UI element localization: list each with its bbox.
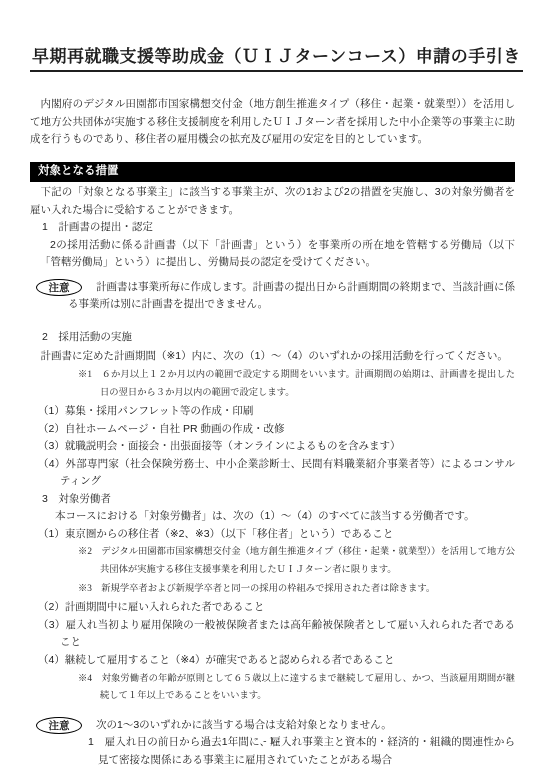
page-number: - 1 - [0, 736, 543, 747]
section-header-bar: 対象となる措置 [30, 162, 515, 183]
page-title: 早期再就職支援等助成金（ＵＩＪターンコース）申請の手引き [30, 42, 523, 72]
caution-badge: 注意 [36, 279, 82, 296]
worker-condition-3: （3）雇入れ当初より雇用保険の一般被保険者または高年齢被保険者として雇い入れられ… [30, 617, 515, 652]
item1-body: 2の採用活動に係る計画書（以下「計画書」という）を事業所の所在地を管轄する労働局… [30, 237, 515, 272]
worker-condition-4: （4）継続して雇用すること（※4）が確実であると認められる者であること [30, 652, 515, 670]
item3-lead: 本コースにおける「対象労働者」は、次の（1）～（4）のすべてに該当する労働者です… [30, 508, 515, 526]
section-header-title: 対象となる措置 [38, 165, 119, 177]
section-lead: 下記の「対象となる事業主」に該当する事業主が、次の1および2の措置を実施し、3の… [30, 184, 515, 219]
worker-condition-1: （1）東京圏からの移住者（※2、※3）（以下「移住者」という）であること [30, 526, 515, 544]
footnote-3: ※3 新規学卒者および新規学卒者と同一の採用の枠組みで採用された者は除きます。 [30, 581, 515, 599]
footnote-2: ※2 デジタル田園都市国家構想交付金（地方創生推進タイプ（移住・起業・就業型））… [30, 544, 515, 579]
item3-heading: 3 対象労働者 [30, 491, 515, 509]
recruitment-activity-item: （4）外部専門家（社会保険労務士、中小企業診断士、民間有料職業紹介事業者等）によ… [30, 456, 515, 491]
recruitment-activity-item: （3）就職説明会・面接会・出張面接等（オンラインによるものを含みます） [30, 438, 515, 456]
item2-heading: 2 採用活動の実施 [30, 329, 515, 347]
intro-paragraph: 内閣府のデジタル田園都市国家構想交付金（地方創生推進タイプ（移住・起業・就業型）… [30, 96, 515, 149]
footnote-4: ※4 対象労働者の年齢が原則として６５歳以上に達するまで継続して雇用し、かつ、当… [30, 671, 515, 706]
title-row: 早期再就職支援等助成金（ＵＩＪターンコース）申請の手引き [30, 42, 515, 72]
worker-condition-2: （2）計画期間中に雇い入れられた者であること [30, 599, 515, 617]
caution-note-1: 注意 計画書は事業所毎に作成します。計画書の提出日から計画期間の終期まで、当該計… [30, 279, 515, 314]
document-page: 早期再就職支援等助成金（ＵＩＪターンコース）申請の手引き 内閣府のデジタル田園都… [0, 0, 543, 767]
caution-text-1: 計画書は事業所毎に作成します。計画書の提出日から計画期間の終期まで、当該計画に係… [68, 279, 515, 314]
caution-badge: 注意 [36, 717, 82, 734]
item1-heading: 1 計画書の提出・認定 [30, 219, 515, 237]
recruitment-activity-item: （1）募集・採用パンフレット等の作成・印刷 [30, 403, 515, 421]
footnote-1: ※1 ６か月以上１２か月以内の範囲で設定する期間をいいます。計画期間の始期は、計… [30, 367, 515, 402]
caution-text-2: 次の1～3のいずれかに該当する場合は支給対象となりません。 [68, 717, 515, 735]
item2-lead: 計画書に定めた計画期間（※1）内に、次の（1）～（4）のいずれかの採用活動を行っ… [30, 348, 515, 366]
recruitment-activity-item: （2）自社ホームページ・自社 PR 動画の作成・改修 [30, 421, 515, 439]
